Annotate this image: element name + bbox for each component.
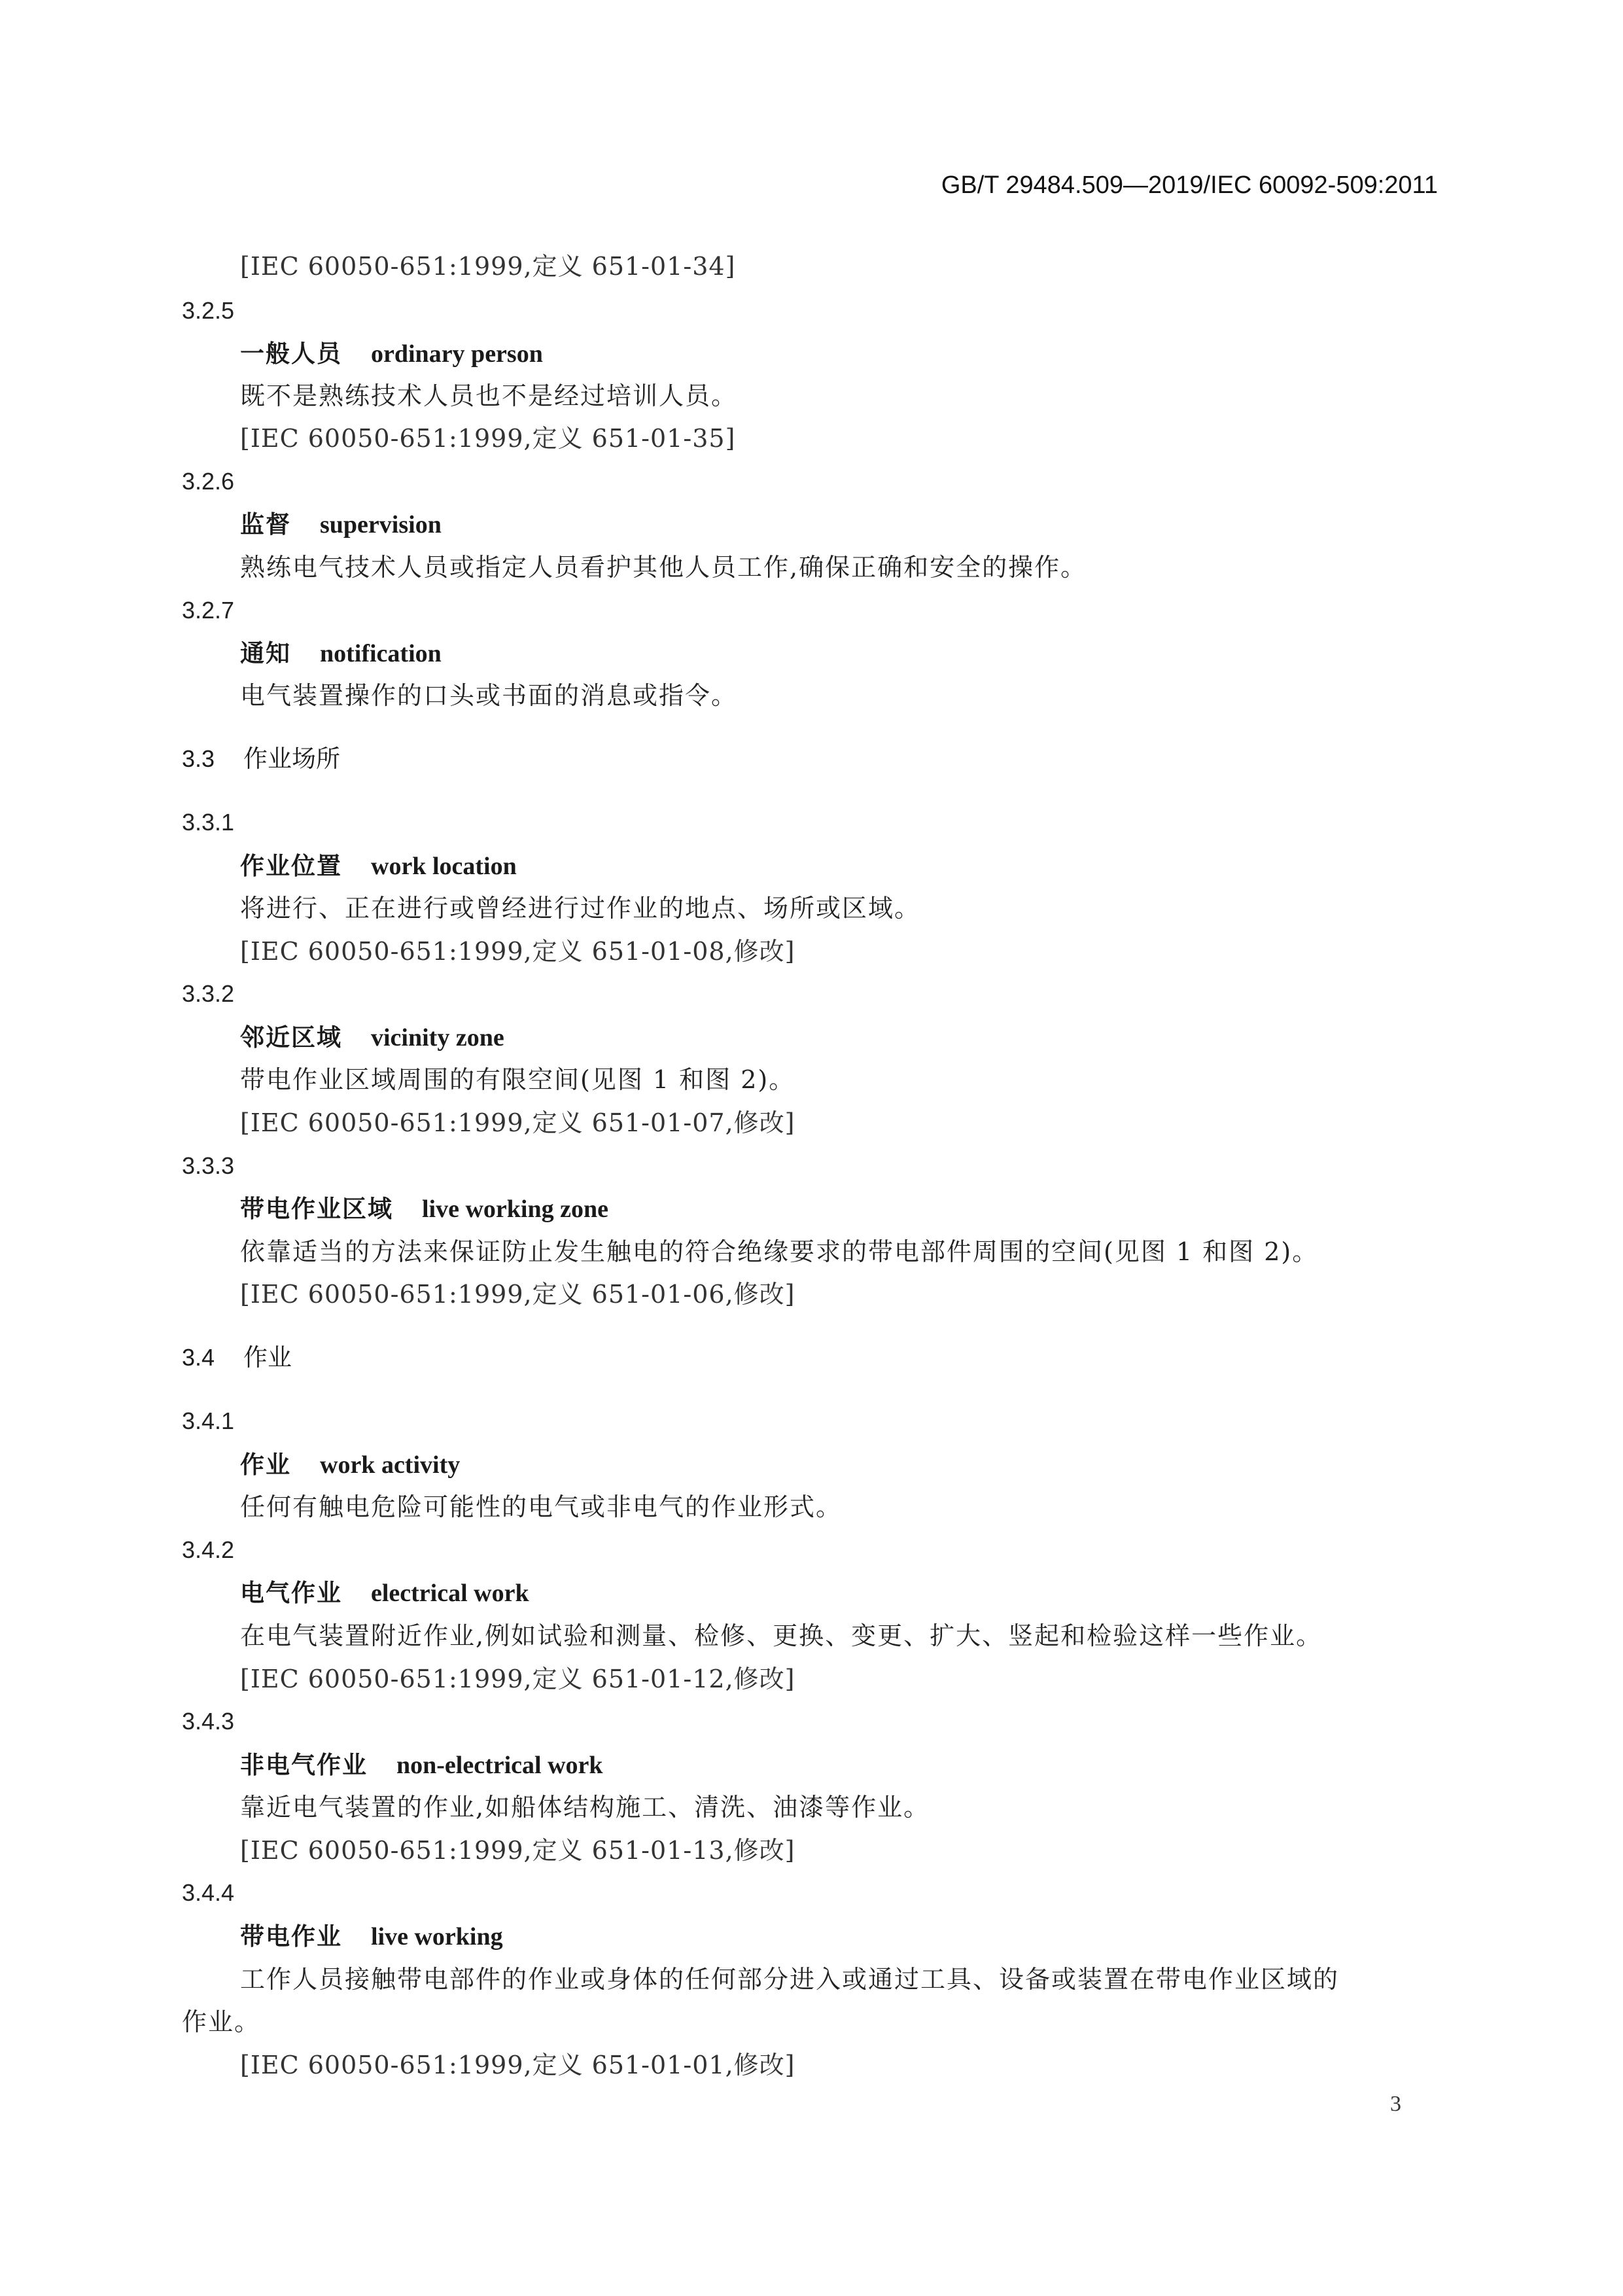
term-heading: 一般人员ordinary person [240,337,543,370]
term-heading: 带电作业live working [240,1920,503,1953]
clause-number: 3.4.1 [182,1405,234,1438]
source-reference: [IEC 60050-651:1999,定义 651-01-01,修改] [240,2049,795,2081]
term-definition: 依靠适当的方法来保证防止发生触电的符合绝缘要求的带电部件周围的空间(见图 1 和… [240,1235,1318,1268]
term-english: non-electrical work [396,1752,603,1779]
term-english: notification [320,640,442,667]
term-heading: 作业work activity [240,1448,460,1481]
clause-number: 3.2.7 [182,594,234,627]
source-reference: [IEC 60050-651:1999,定义 651-01-13,修改] [240,1834,795,1867]
term-definition: 靠近电气装置的作业,如船体结构施工、清洗、油漆等作业。 [240,1791,930,1824]
term-chinese: 邻近区域 [240,1023,342,1051]
page-number: 3 [1390,2092,1401,2117]
source-reference: [IEC 60050-651:1999,定义 651-01-07,修改] [240,1106,795,1139]
term-chinese: 带电作业区域 [240,1195,393,1223]
source-reference: [IEC 60050-651:1999,定义 651-01-34] [240,250,735,283]
term-heading: 监督supervision [240,508,442,541]
standard-header: GB/T 29484.509—2019/IEC 60092-509:2011 [941,171,1438,200]
term-definition: 熟练电气技术人员或指定人员看护其他人员工作,确保正确和安全的操作。 [240,551,1087,584]
term-definition: 将进行、正在进行或曾经进行过作业的地点、场所或区域。 [240,892,920,925]
term-definition-continued: 作业。 [182,2005,260,2038]
term-definition: 任何有触电危险可能性的电气或非电气的作业形式。 [240,1491,842,1523]
clause-number: 3.4.2 [182,1534,234,1566]
section-number: 3.4 [182,1344,215,1371]
term-heading: 非电气作业non-electrical work [240,1748,603,1782]
clause-number: 3.3.3 [182,1150,234,1182]
term-definition: 带电作业区域周围的有限空间(见图 1 和图 2)。 [240,1063,795,1096]
term-heading: 带电作业区域live working zone [240,1192,608,1226]
term-english: vicinity zone [371,1024,504,1051]
source-reference: [IEC 60050-651:1999,定义 651-01-08,修改] [240,935,795,968]
section-heading: 3.4作业 [182,1341,292,1374]
clause-number: 3.2.5 [182,294,234,327]
term-english: live working zone [422,1195,608,1223]
term-english: work location [371,853,517,880]
section-title: 作业场所 [243,745,340,773]
clause-number: 3.4.4 [182,1877,234,1909]
term-definition: 电气装置操作的口头或书面的消息或指令。 [240,679,737,712]
clause-number: 3.3.1 [182,806,234,839]
section-title: 作业 [243,1343,292,1371]
term-definition: 在电气装置附近作业,例如试验和测量、检修、更换、变更、扩大、竖起和检验这样一些作… [240,1619,1322,1652]
section-heading: 3.3作业场所 [182,743,340,775]
term-english: supervision [320,511,442,539]
term-english: work activity [320,1451,460,1479]
term-heading: 电气作业electrical work [240,1576,529,1610]
source-reference: [IEC 60050-651:1999,定义 651-01-12,修改] [240,1663,795,1695]
term-definition: 既不是熟练技术人员也不是经过培训人员。 [240,380,737,412]
term-chinese: 作业位置 [240,852,342,880]
term-chinese: 非电气作业 [240,1751,368,1779]
term-english: live working [371,1923,503,1951]
section-number: 3.3 [182,745,215,772]
term-heading: 邻近区域vicinity zone [240,1021,504,1054]
term-chinese: 带电作业 [240,1922,342,1951]
term-chinese: 电气作业 [240,1579,342,1607]
term-definition: 工作人员接触带电部件的作业或身体的任何部分进入或通过工具、设备或装置在带电作业区… [240,1963,1339,1996]
term-english: ordinary person [371,340,543,368]
term-chinese: 一般人员 [240,340,342,368]
term-chinese: 作业 [240,1451,291,1479]
clause-number: 3.3.2 [182,978,234,1010]
clause-number: 3.2.6 [182,465,234,498]
term-chinese: 通知 [240,639,291,667]
term-heading: 通知notification [240,637,442,670]
clause-number: 3.4.3 [182,1705,234,1738]
term-english: electrical work [371,1580,529,1607]
source-reference: [IEC 60050-651:1999,定义 651-01-35] [240,422,735,455]
term-heading: 作业位置work location [240,849,517,883]
term-chinese: 监督 [240,510,291,539]
source-reference: [IEC 60050-651:1999,定义 651-01-06,修改] [240,1278,795,1311]
